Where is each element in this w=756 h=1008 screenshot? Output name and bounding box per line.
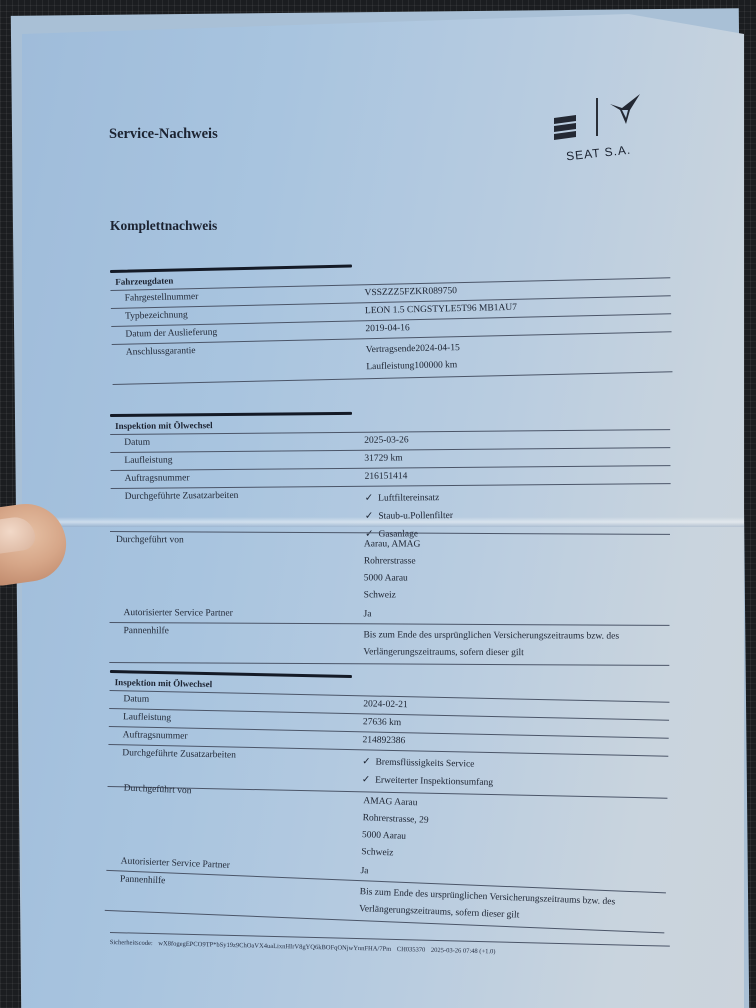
inspection-section-continued: Durchgeführt von Aarau, AMAG Rohrerstras…: [109, 531, 670, 666]
logo-divider: [596, 98, 598, 136]
checkmark-icon: ✓: [362, 774, 371, 785]
inspection-section-continued: Durchgeführt von AMAG Aarau Rohrerstrass…: [105, 780, 670, 933]
security-code: wX8fogegEPCO9TP*bSy19z9ChOaVX4uaLixnHIrV…: [158, 940, 391, 953]
service-document: Service-Nachweis Komplettnachweis SEAT S…: [22, 14, 744, 1008]
vehicle-data-section: Fahrzeugdaten Fahrgestellnummer VSSZZZ5F…: [110, 257, 672, 385]
checkmark-icon: ✓: [362, 756, 371, 767]
inspection-section: Inspektion mit Ölwechsel Datum 2025-03-2…: [110, 409, 671, 548]
cupra-logo-icon: [610, 94, 642, 126]
contract-end-value: 2024-04-15: [415, 343, 460, 354]
table-row: Pannenhilfe Bis zum Ende des ursprünglic…: [109, 623, 669, 666]
security-footer: Sicherheitscode: wX8fogegEPCO9TP*bSy19z9…: [110, 932, 670, 960]
print-timestamp: 2025-03-26 07:48 (+1.0): [431, 947, 496, 956]
brand-logo: SEAT S.A.: [550, 94, 650, 174]
warranty-mileage-value: 100000 km: [414, 360, 457, 371]
document-subtitle: Komplettnachweis: [110, 218, 217, 234]
security-code-label: Sicherheitscode:: [110, 939, 153, 947]
dealer-code: CH035370: [397, 946, 426, 954]
table-row: Durchgeführt von Aarau, AMAG Rohrerstras…: [110, 531, 670, 608]
brand-text: SEAT S.A.: [565, 143, 631, 164]
inspection-section: Inspektion mit Ölwechsel Datum 2024-02-2…: [108, 670, 670, 799]
checkmark-icon: ✓: [365, 493, 373, 504]
thumbnail: [0, 515, 37, 555]
checkmark-icon: ✓: [365, 511, 373, 522]
document-title: Service-Nachweis: [109, 126, 218, 143]
seat-logo-icon: [552, 114, 578, 140]
